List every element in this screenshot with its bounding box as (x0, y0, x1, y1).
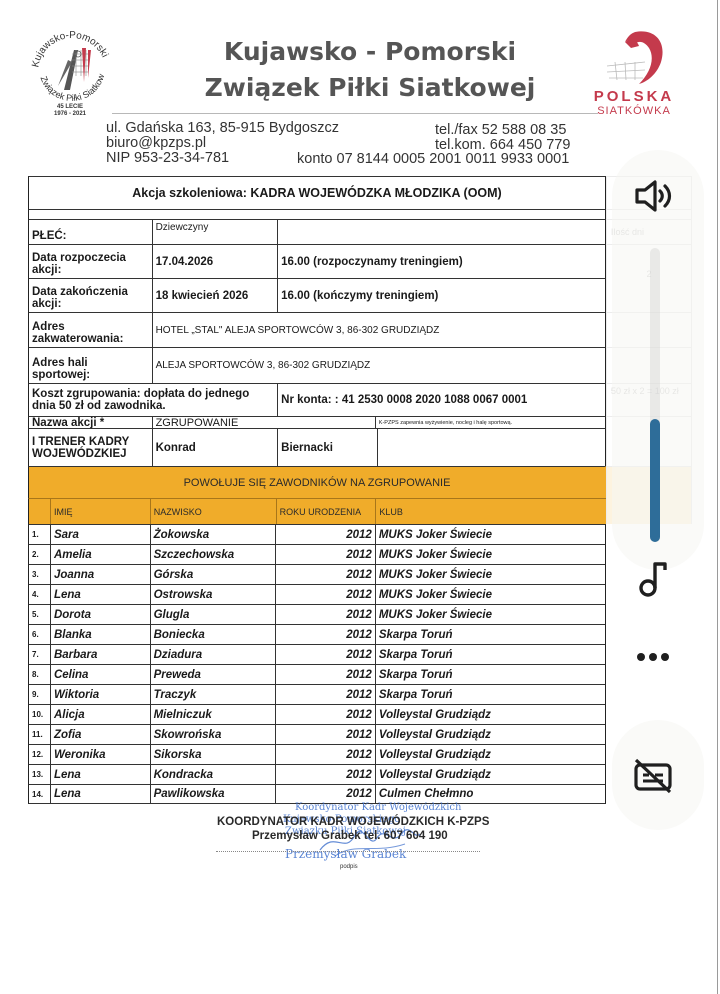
player-last-name: Skowrońska (151, 725, 277, 744)
player-last-name: Dziadura (151, 645, 277, 664)
table-row: 3.JoannaGórska2012MUKS Joker Świecie (28, 564, 606, 584)
player-club: Skarpa Toruń (376, 645, 605, 664)
player-number: 8. (29, 665, 51, 684)
callup-banner-text: POWOŁUJE SIĘ ZAWODNIKÓW NA ZGRUPOWANIE (184, 477, 451, 489)
table-row: 5.DorotaGlugla2012MUKS Joker Świecie (28, 604, 606, 624)
volume-button[interactable] (628, 176, 678, 216)
org-address: ul. Gdańska 163, 85-915 Bydgoszcz (106, 120, 339, 136)
player-club: Culmen Chełmno (376, 785, 605, 803)
action-name-value: ZGRUPOWANIE (153, 417, 376, 428)
col-header-birth-year: ROKU URODZENIA (277, 499, 377, 524)
page-edge (717, 0, 718, 994)
player-first-name: Lena (51, 785, 151, 803)
coach-label: I TRENER KADRY WOJEWÓDZKIEJ (29, 429, 153, 466)
player-number: 1. (29, 525, 51, 544)
player-last-name: Żokowska (151, 525, 277, 544)
player-first-name: Barbara (51, 645, 151, 664)
player-first-name: Blanka (51, 625, 151, 644)
player-club: Volleystal Grudziądz (376, 765, 605, 784)
org-telfax: tel./fax 52 588 08 35 (435, 122, 566, 138)
form-title: Akcja szkoleniowa: KADRA WOJEWÓDZKA MŁOD… (132, 186, 501, 200)
speaker-volume-icon (633, 179, 673, 213)
player-club: MUKS Joker Świecie (376, 545, 605, 564)
table-row: 2.AmeliaSzczechowska2012MUKS Joker Świec… (28, 544, 606, 564)
player-number: 10. (29, 705, 51, 724)
players-table-header: IMIĘ NAZWISKO ROKU URODZENIA KLUB (28, 498, 606, 524)
table-row: 12.WeronikaSikorska2012Volleystal Grudzi… (28, 744, 606, 764)
brand-polska: POLSKA (588, 88, 680, 105)
player-birth-year: 2012 (276, 745, 376, 764)
player-birth-year: 2012 (276, 625, 376, 644)
player-number: 3. (29, 565, 51, 584)
table-row: 8.CelinaPreweda2012Skarpa Toruń (28, 664, 606, 684)
player-club: Volleystal Grudziądz (376, 705, 605, 724)
anniversary-label: 45 LECIE 1976 - 2021 (40, 104, 100, 118)
end-date-value: 18 kwiecień 2026 (153, 279, 279, 312)
player-last-name: Glugla (151, 605, 277, 624)
player-number: 2. (29, 545, 51, 564)
gender-extra (278, 220, 605, 244)
captions-off-icon (633, 758, 673, 794)
player-last-name: Górska (151, 565, 277, 584)
player-number: 6. (29, 625, 51, 644)
player-first-name: Lena (51, 765, 151, 784)
player-club: Skarpa Toruń (376, 665, 605, 684)
title-line-1: Kujawsko - Pomorski (160, 34, 580, 70)
stamp-line-4: Przemysław Grabek (285, 847, 406, 861)
player-club: Volleystal Grudziądz (376, 725, 605, 744)
accommodation-value: HOTEL „STAL" ALEJA SPORTOWCÓW 3, 86-302 … (153, 313, 605, 347)
player-number: 12. (29, 745, 51, 764)
player-number: 5. (29, 605, 51, 624)
player-number: 13. (29, 765, 51, 784)
eagle-logo-icon (585, 28, 685, 88)
org-email[interactable]: biuro@kpzps.pl (106, 135, 206, 151)
table-row: 13.LenaKondracka2012Volleystal Grudziądz (28, 764, 606, 784)
player-club: Volleystal Grudziądz (376, 745, 605, 764)
coach-first-name: Konrad (153, 429, 279, 466)
start-time-value: 16.00 (rozpoczynamy treningiem) (278, 245, 605, 278)
coach-row: I TRENER KADRY WOJEWÓDZKIEJ Konrad Biern… (28, 428, 606, 466)
col-header-last-name: NAZWISKO (151, 499, 277, 524)
callup-banner: POWOŁUJE SIĘ ZAWODNIKÓW NA ZGRUPOWANIE (28, 466, 606, 498)
more-dots-icon (636, 652, 670, 662)
player-number: 14. (29, 785, 51, 803)
hall-row: Adres hali sportowej: ALEJA SPORTOWCÓW 3… (28, 347, 606, 383)
player-birth-year: 2012 (276, 565, 376, 584)
player-first-name: Dorota (51, 605, 151, 624)
anniversary-title: 45 LECIE (40, 104, 100, 111)
end-date-row: Data zakończenia akcji: 18 kwiecień 2026… (28, 278, 606, 312)
org-bank-account: konto 07 8144 0005 2001 0011 9933 0001 (297, 151, 569, 167)
player-club: MUKS Joker Świecie (376, 585, 605, 604)
coordinator-name-phone: Przemysław Grabek tel. 607 604 190 (252, 830, 448, 842)
player-birth-year: 2012 (276, 685, 376, 704)
start-date-label: Data rozpoczecia akcji: (29, 245, 153, 278)
music-button[interactable] (630, 556, 676, 602)
player-first-name: Alicja (51, 705, 151, 724)
blank-row (28, 209, 606, 219)
start-date-row: Data rozpoczecia akcji: 17.04.2026 16.00… (28, 244, 606, 278)
player-first-name: Amelia (51, 545, 151, 564)
player-club: MUKS Joker Świecie (376, 525, 605, 544)
player-last-name: Mielniczuk (151, 705, 277, 724)
account-number: Nr konta: : 41 2530 0008 2020 1088 0067 … (278, 384, 605, 416)
action-name-row: Nazwa akcji * ZGRUPOWANIE K-PZPS zapewni… (28, 416, 606, 428)
player-last-name: Szczechowska (151, 545, 277, 564)
title-line-2: Związek Piłki Siatkowej (160, 70, 580, 106)
table-row: 1.SaraŻokowska2012MUKS Joker Świecie (28, 524, 606, 544)
gender-label: PŁEĆ: (29, 220, 153, 244)
player-club: Skarpa Toruń (376, 685, 605, 704)
col-header-number (29, 499, 51, 524)
header-divider (112, 113, 598, 114)
cost-row: Koszt zgrupowania: dopłata do jednego dn… (28, 383, 606, 416)
training-form: Akcja szkoleniowa: KADRA WOJEWÓDZKA MŁOD… (28, 176, 606, 804)
hall-label: Adres hali sportowej: (29, 348, 153, 383)
brand-siatkowka: SIATKÓWKA (586, 105, 682, 117)
player-birth-year: 2012 (276, 785, 376, 803)
player-birth-year: 2012 (276, 765, 376, 784)
player-birth-year: 2012 (276, 705, 376, 724)
table-row: 11.ZofiaSkowrońska2012Volleystal Grudzią… (28, 724, 606, 744)
coach-extra (378, 429, 605, 466)
volume-slider[interactable] (650, 248, 660, 542)
player-club: MUKS Joker Świecie (376, 565, 605, 584)
player-birth-year: 2012 (276, 545, 376, 564)
player-last-name: Pawlikowska (151, 785, 277, 803)
player-club: Skarpa Toruń (376, 625, 605, 644)
player-first-name: Wiktoria (51, 685, 151, 704)
org-nip: NIP 953-23-34-781 (106, 150, 229, 166)
captions-toggle-button[interactable] (630, 756, 676, 796)
player-number: 11. (29, 725, 51, 744)
player-club: MUKS Joker Świecie (376, 605, 605, 624)
table-row: 10.AlicjaMielniczuk2012Volleystal Grudzi… (28, 704, 606, 724)
player-first-name: Celina (51, 665, 151, 684)
hall-value: ALEJA SPORTOWCÓW 3, 86-302 GRUDZIĄDZ (153, 348, 605, 383)
col-header-club: KLUB (376, 499, 606, 524)
player-last-name: Traczyk (151, 685, 277, 704)
player-first-name: Weronika (51, 745, 151, 764)
form-title-row: Akcja szkoleniowa: KADRA WOJEWÓDZKA MŁOD… (28, 176, 606, 209)
player-last-name: Preweda (151, 665, 277, 684)
player-number: 7. (29, 645, 51, 664)
player-last-name: Ostrowska (151, 585, 277, 604)
anniversary-years: 1976 - 2021 (40, 111, 100, 118)
action-name-label: Nazwa akcji * (29, 417, 153, 428)
player-first-name: Zofia (51, 725, 151, 744)
table-row: 14.LenaPawlikowska2012Culmen Chełmno (28, 784, 606, 804)
player-birth-year: 2012 (276, 665, 376, 684)
player-birth-year: 2012 (276, 605, 376, 624)
more-options-button[interactable] (630, 642, 676, 672)
col-header-first-name: IMIĘ (51, 499, 151, 524)
player-birth-year: 2012 (276, 585, 376, 604)
action-note: K-PZPS zapewnia wyżywienie, nocleg i hal… (376, 417, 605, 428)
start-date-value: 17.04.2026 (153, 245, 279, 278)
players-table-body: 1.SaraŻokowska2012MUKS Joker Świecie2.Am… (28, 524, 606, 804)
table-row: 4.LenaOstrowska2012MUKS Joker Świecie (28, 584, 606, 604)
accommodation-label: Adres zakwaterowania: (29, 313, 153, 347)
coach-last-name: Biernacki (278, 429, 378, 466)
player-number: 9. (29, 685, 51, 704)
organization-title: Kujawsko - Pomorski Związek Piłki Siatko… (160, 34, 580, 106)
gender-value: Dziewczyny (153, 220, 279, 244)
player-last-name: Kondracka (151, 765, 277, 784)
table-row: 7.BarbaraDziadura2012Skarpa Toruń (28, 644, 606, 664)
kpzps-logo-icon: Kujawsko-Pomorski Związek Piłki Siatkowe… (24, 20, 120, 116)
player-birth-year: 2012 (276, 525, 376, 544)
table-row: 9.WiktoriaTraczyk2012Skarpa Toruń (28, 684, 606, 704)
signature-line (216, 851, 480, 852)
coordinator-title: KOORDYNATOR KADR WOJEWÓDZKICH K-PZPS (217, 816, 489, 828)
player-birth-year: 2012 (276, 645, 376, 664)
cost-label: Koszt zgrupowania: dopłata do jednego dn… (29, 384, 278, 416)
signature-caption: podpis (340, 864, 358, 870)
accommodation-row: Adres zakwaterowania: HOTEL „STAL" ALEJA… (28, 312, 606, 347)
player-first-name: Joanna (51, 565, 151, 584)
player-first-name: Lena (51, 585, 151, 604)
volume-slider-fill (650, 419, 660, 542)
end-date-label: Data zakończenia akcji: (29, 279, 153, 312)
player-first-name: Sara (51, 525, 151, 544)
player-last-name: Boniecka (151, 625, 277, 644)
gender-row: PŁEĆ: Dziewczyny (28, 219, 606, 244)
player-last-name: Sikorska (151, 745, 277, 764)
table-row: 6.BlankaBoniecka2012Skarpa Toruń (28, 624, 606, 644)
player-number: 4. (29, 585, 51, 604)
end-time-value: 16.00 (kończymy treningiem) (278, 279, 605, 312)
music-note-icon (638, 560, 668, 598)
player-birth-year: 2012 (276, 725, 376, 744)
